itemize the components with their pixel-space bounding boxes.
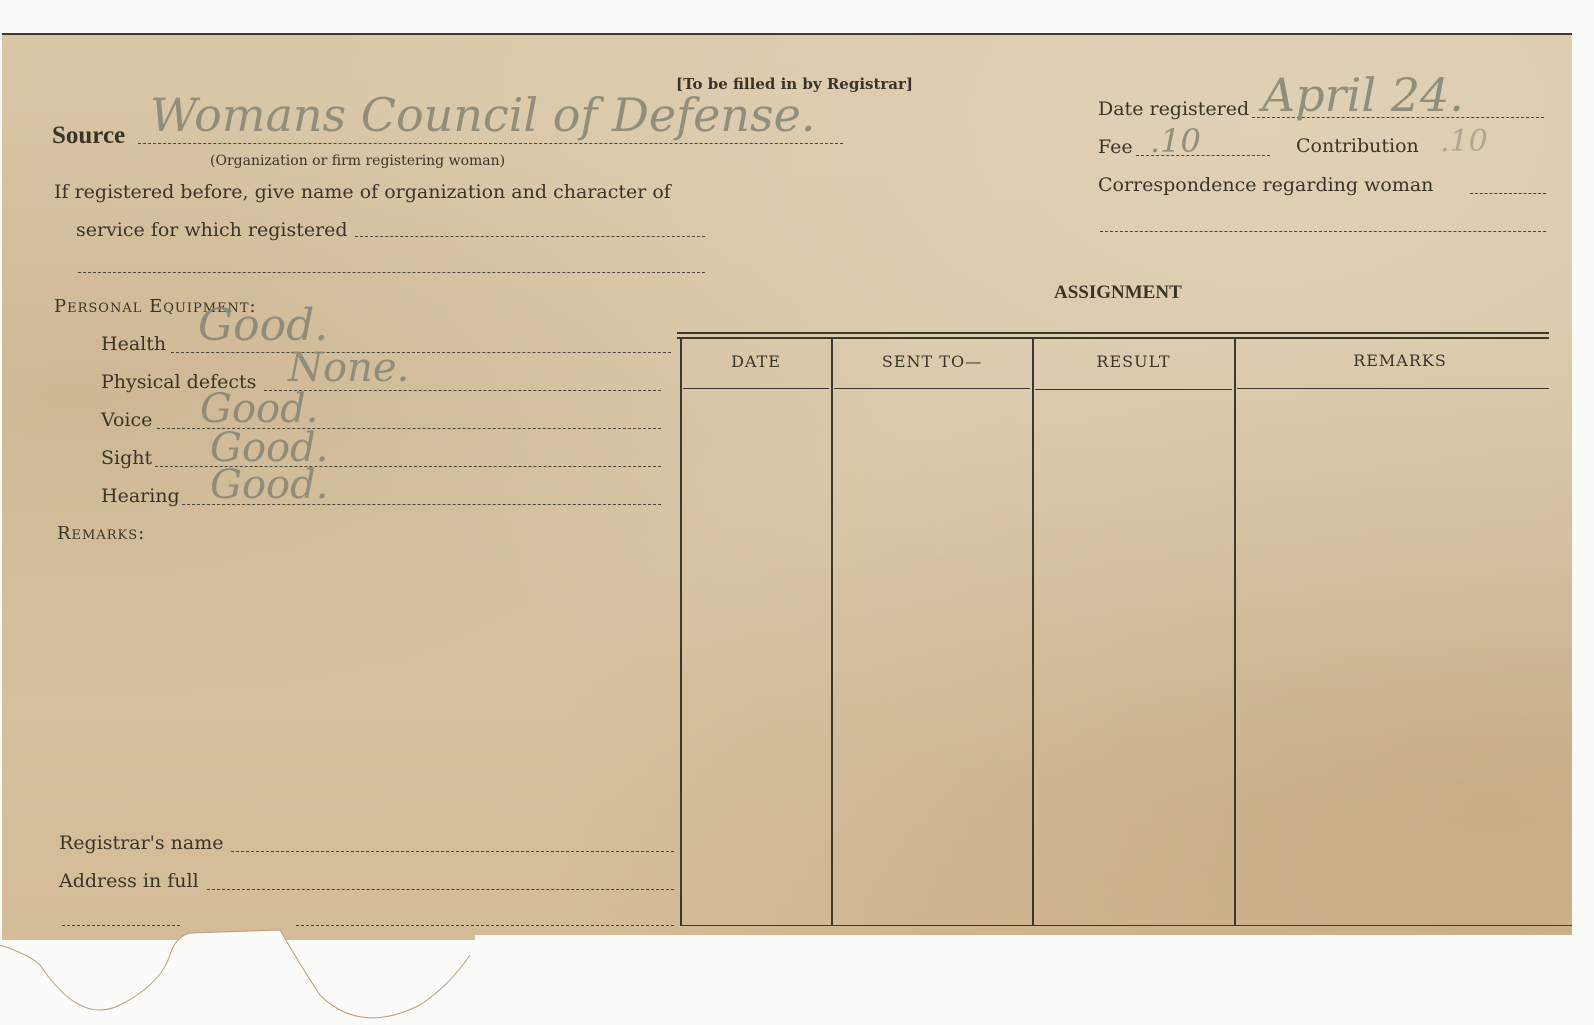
remarks-label: Remarks: bbox=[57, 523, 145, 544]
health-line bbox=[171, 352, 671, 353]
physical-defects-field[interactable]: None. bbox=[288, 345, 409, 391]
contribution-field[interactable]: .10 bbox=[1440, 124, 1488, 159]
registrar-name-field[interactable] bbox=[231, 851, 674, 852]
date-cell[interactable] bbox=[682, 392, 830, 922]
column-header-remarks: REMARKS bbox=[1235, 351, 1565, 370]
fee-label: Fee bbox=[1098, 136, 1133, 158]
remarks-cell[interactable] bbox=[1236, 392, 1570, 922]
correspondence-field-2[interactable] bbox=[1100, 231, 1546, 232]
table-bottom-rule bbox=[680, 925, 1572, 926]
address-field-2b[interactable] bbox=[296, 925, 674, 926]
result-cell[interactable] bbox=[1034, 392, 1233, 922]
contribution-label: Contribution bbox=[1296, 135, 1419, 157]
correspondence-field[interactable] bbox=[1470, 193, 1546, 194]
sight-label: Sight bbox=[101, 447, 152, 469]
table-top-rule-2 bbox=[677, 337, 1549, 339]
card-torn-edge bbox=[475, 935, 1575, 1025]
registered-before-field[interactable] bbox=[355, 236, 705, 237]
voice-label: Voice bbox=[101, 409, 152, 431]
address-field[interactable] bbox=[207, 889, 674, 890]
fee-field[interactable]: .10 bbox=[1150, 122, 1201, 160]
table-header-rule bbox=[834, 388, 1030, 389]
hearing-field[interactable]: Good. bbox=[210, 462, 328, 508]
source-line bbox=[138, 143, 843, 144]
address-label: Address in full bbox=[59, 870, 199, 892]
date-registered-field[interactable]: April 24. bbox=[1262, 68, 1464, 122]
column-header-result: RESULT bbox=[1033, 352, 1234, 371]
remarks-field[interactable] bbox=[57, 550, 667, 820]
sent-to-cell[interactable] bbox=[833, 392, 1031, 922]
source-caption: (Organization or firm registering woman) bbox=[210, 153, 505, 169]
table-header-rule bbox=[1035, 389, 1232, 390]
table-header-rule bbox=[683, 388, 829, 389]
health-label: Health bbox=[101, 333, 166, 355]
registered-before-label-2: service for which registered bbox=[76, 219, 348, 241]
table-top-rule bbox=[677, 332, 1549, 334]
table-header-rule bbox=[1237, 388, 1549, 389]
source-field[interactable]: Womans Council of Defense. bbox=[150, 88, 815, 142]
date-registered-label: Date registered bbox=[1098, 98, 1249, 120]
hearing-label: Hearing bbox=[101, 485, 180, 507]
registered-before-label: If registered before, give name of organ… bbox=[54, 181, 671, 203]
registrar-name-label: Registrar's name bbox=[59, 832, 224, 854]
address-field-2a[interactable] bbox=[62, 925, 180, 926]
health-field[interactable]: Good. bbox=[198, 300, 328, 351]
card-notches bbox=[0, 925, 600, 1025]
source-label: Source bbox=[52, 122, 125, 150]
column-header-date: DATE bbox=[681, 352, 831, 371]
assignment-title: ASSIGNMENT bbox=[1054, 282, 1182, 304]
registered-before-field-2[interactable] bbox=[78, 272, 705, 273]
correspondence-label: Correspondence regarding woman bbox=[1098, 174, 1433, 196]
column-header-sent-to: SENT TO— bbox=[832, 352, 1032, 371]
